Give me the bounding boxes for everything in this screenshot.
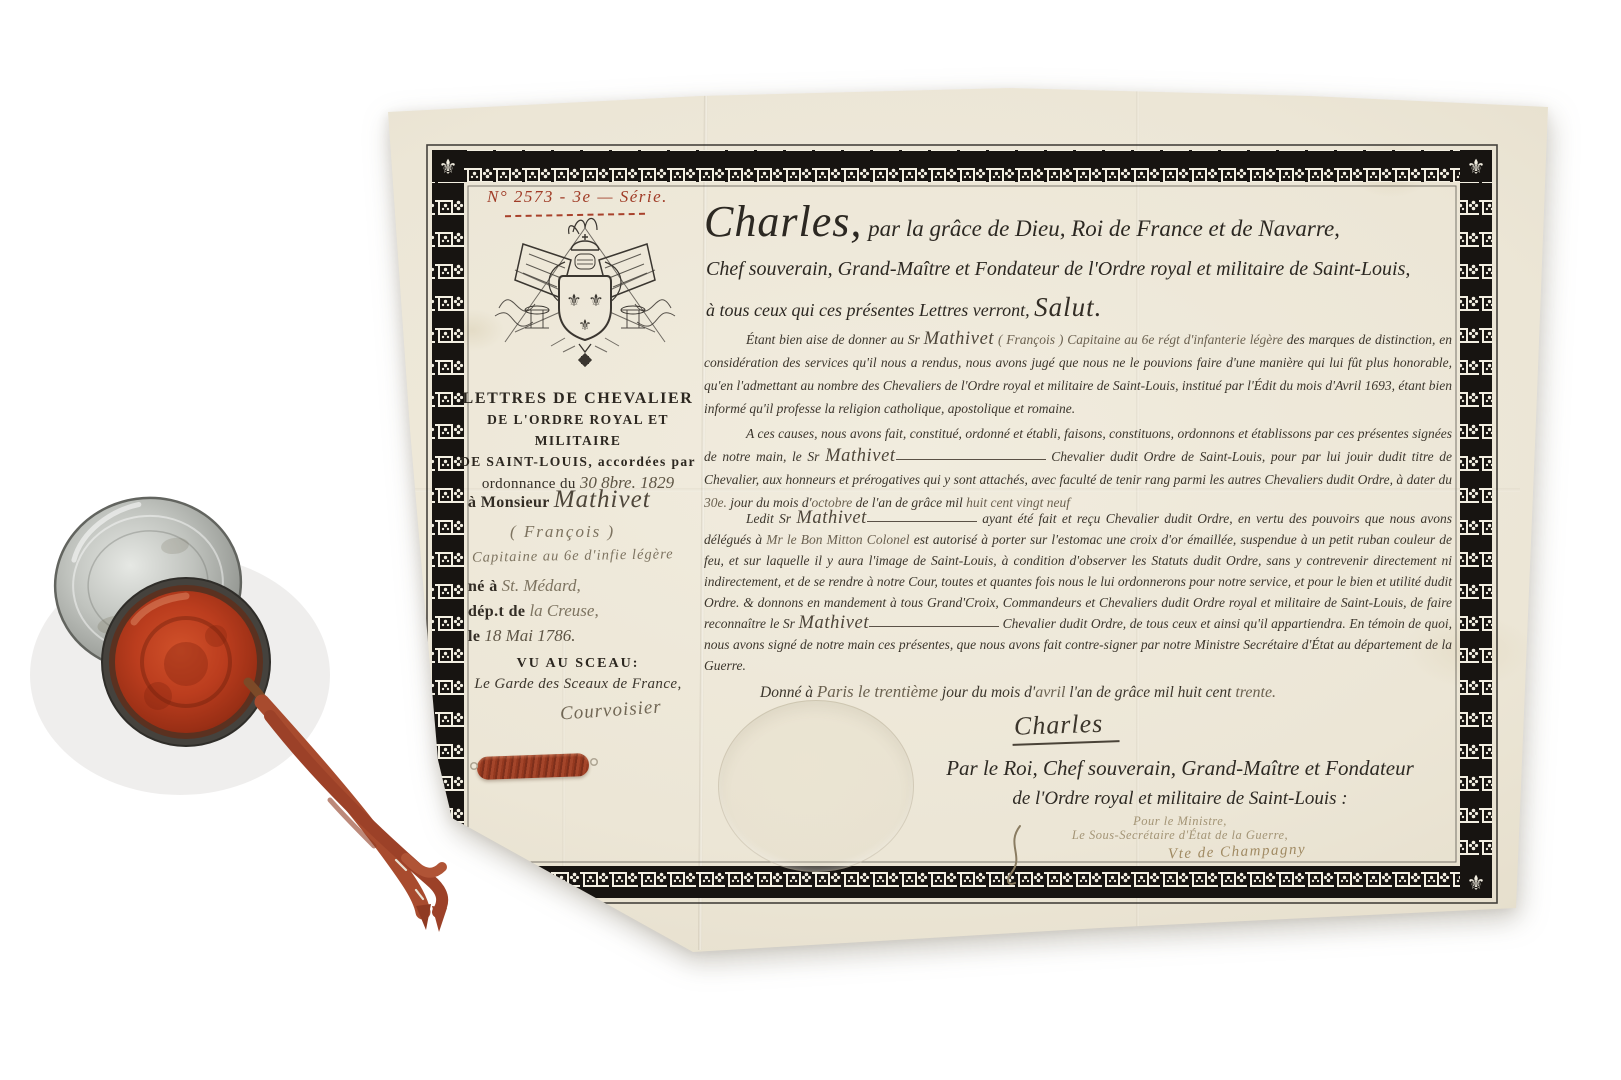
p1-name-handwritten: Mathivet bbox=[924, 329, 995, 349]
addressee-name-handwritten: Mathivet bbox=[554, 486, 651, 513]
p3-name2-handwritten: Mathivet bbox=[799, 613, 870, 633]
date-printed-1: Donné à bbox=[760, 684, 817, 701]
date-printed-2: jour du mois d' bbox=[938, 684, 1035, 701]
body-paragraph-1: Étant bien aise de donner au Sr Mathivet… bbox=[704, 328, 1452, 420]
blank-rule bbox=[867, 517, 977, 522]
department-line: dép.t de la Creuse, bbox=[468, 601, 599, 621]
royal-heading-line3: à tous ceux qui ces présentes Lettres ve… bbox=[706, 292, 1454, 323]
royal-heading-line1: Charles, par la grâce de Dieu, Roi de Fr… bbox=[704, 196, 1452, 247]
p3-delegate-handwritten: Mr le Bon Mitton Colonel bbox=[766, 532, 909, 547]
svg-text:⚜: ⚜ bbox=[566, 291, 581, 311]
photograph-of-letters-patent: ⚜ ⚜ ⚜ ⚜ N° 2573 - 3e — Série. bbox=[0, 0, 1621, 1080]
heading-line3-printed: à tous ceux qui ces présentes Lettres ve… bbox=[706, 300, 1034, 320]
minister-signature: Vte de Champagny bbox=[1168, 843, 1306, 861]
birthdate-line: le 18 Mai 1786. bbox=[468, 626, 576, 646]
date-printed-3: l'an de grâce mil huit cent bbox=[1065, 684, 1235, 701]
addressee-line: à Monsieur Mathivet bbox=[468, 486, 651, 514]
serial-number: N° 2573 - 3e — Série. bbox=[487, 187, 668, 207]
sous-secretaire-line: Le Sous-Secrétaire d'État de la Guerre, bbox=[1010, 828, 1350, 843]
le-printed: le bbox=[468, 628, 480, 645]
svg-text:⚜: ⚜ bbox=[588, 291, 603, 311]
blank-rule bbox=[896, 455, 1046, 460]
date-place-handwritten: Paris le trentième bbox=[817, 682, 938, 701]
stitch-hole bbox=[470, 762, 478, 770]
svg-text:⚜: ⚜ bbox=[578, 316, 591, 334]
par-le-roi-line1: Par le Roi, Chef souverain, Grand-Maître… bbox=[930, 756, 1430, 781]
king-name-script: Charles, bbox=[704, 197, 862, 246]
charles-signature-text: Charles bbox=[1011, 708, 1119, 746]
body-paragraph-3: Ledit Sr Mathivet ayant été fait et reçu… bbox=[704, 508, 1452, 676]
threaded-ribbon-bar bbox=[477, 753, 590, 780]
garde-des-sceaux-line: Le Garde des Sceaux de France, bbox=[452, 676, 704, 693]
svg-text:⚜: ⚜ bbox=[439, 871, 458, 895]
blind-embossed-seal bbox=[718, 700, 914, 872]
p2-name-handwritten: Mathivet bbox=[825, 446, 896, 466]
paraphe-flourish bbox=[1000, 822, 1030, 888]
svg-text:⚜: ⚜ bbox=[1467, 871, 1486, 895]
dept-printed: dép.t de bbox=[468, 603, 525, 620]
p1-insert-handwritten: ( François ) Capitaine au 6e régt d'infa… bbox=[994, 332, 1287, 347]
stitch-hole bbox=[590, 758, 598, 766]
p3-name-handwritten: Mathivet bbox=[796, 508, 867, 528]
garde-des-sceaux-signature: Courvoisier bbox=[560, 700, 662, 722]
heading-line1-rest: par la grâce de Dieu, Roi de France et d… bbox=[862, 216, 1340, 241]
p3-printed: Ledit Sr bbox=[746, 511, 796, 526]
parchment-shadow: ⚜ ⚜ ⚜ ⚜ N° 2573 - 3e — Série. bbox=[0, 0, 1621, 1080]
addressee-rank-handwritten: Capitaine au 6e d'infie légère bbox=[472, 546, 674, 567]
p1-printed: Étant bien aise de donner au Sr bbox=[746, 332, 924, 347]
ne-a-printed: né à bbox=[468, 578, 498, 595]
date-month-handwritten: avril bbox=[1035, 684, 1065, 701]
royal-signature: Charles bbox=[1012, 710, 1119, 744]
birthplace-handwritten: St. Médard, bbox=[502, 576, 581, 595]
par-le-roi-line2: de l'Ordre royal et militaire de Saint-L… bbox=[930, 788, 1430, 810]
dateline: Donné à Paris le trentième jour du mois … bbox=[760, 682, 1276, 702]
left-title-block: LETTRES DE CHEVALIER DE L'ORDRE ROYAL ET… bbox=[452, 388, 704, 495]
garde-signature-text: Courvoisier bbox=[559, 696, 662, 725]
royal-heading-line2: Chef souverain, Grand-Maître et Fondateu… bbox=[706, 258, 1454, 281]
addressee-firstname-handwritten: ( François ) bbox=[510, 522, 615, 542]
left-title-line2: DE L'ORDRE ROYAL ET MILITAIRE bbox=[452, 409, 704, 451]
pour-le-ministre-line: Pour le Ministre, bbox=[1010, 814, 1350, 829]
blank-rule bbox=[869, 622, 999, 627]
left-title-line1: LETTRES DE CHEVALIER bbox=[452, 388, 704, 409]
department-handwritten: la Creuse, bbox=[529, 601, 598, 620]
parchment-sheet: ⚜ ⚜ ⚜ ⚜ N° 2573 - 3e — Série. bbox=[0, 0, 1621, 1080]
royal-arms-trophy-icon: ⚜ ⚜ ⚜ bbox=[485, 210, 685, 374]
salut-word: Salut. bbox=[1034, 292, 1102, 322]
svg-text:⚜: ⚜ bbox=[439, 155, 458, 179]
champagny-signature-text: Vte de Champagny bbox=[1168, 842, 1307, 864]
body-paragraph-2: A ces causes, nous avons fait, constitué… bbox=[704, 422, 1452, 514]
date-year-handwritten: trente. bbox=[1235, 684, 1276, 701]
a-monsieur-printed: à Monsieur bbox=[468, 494, 550, 511]
left-title-line3: DE SAINT-LOUIS, accordées par bbox=[452, 451, 704, 472]
vu-au-sceau-heading: VU AU SCEAU: bbox=[452, 656, 704, 672]
birthdate-handwritten: 18 Mai 1786. bbox=[484, 626, 575, 645]
birthplace-line: né à St. Médard, bbox=[468, 576, 581, 596]
svg-text:⚜: ⚜ bbox=[1467, 155, 1486, 179]
